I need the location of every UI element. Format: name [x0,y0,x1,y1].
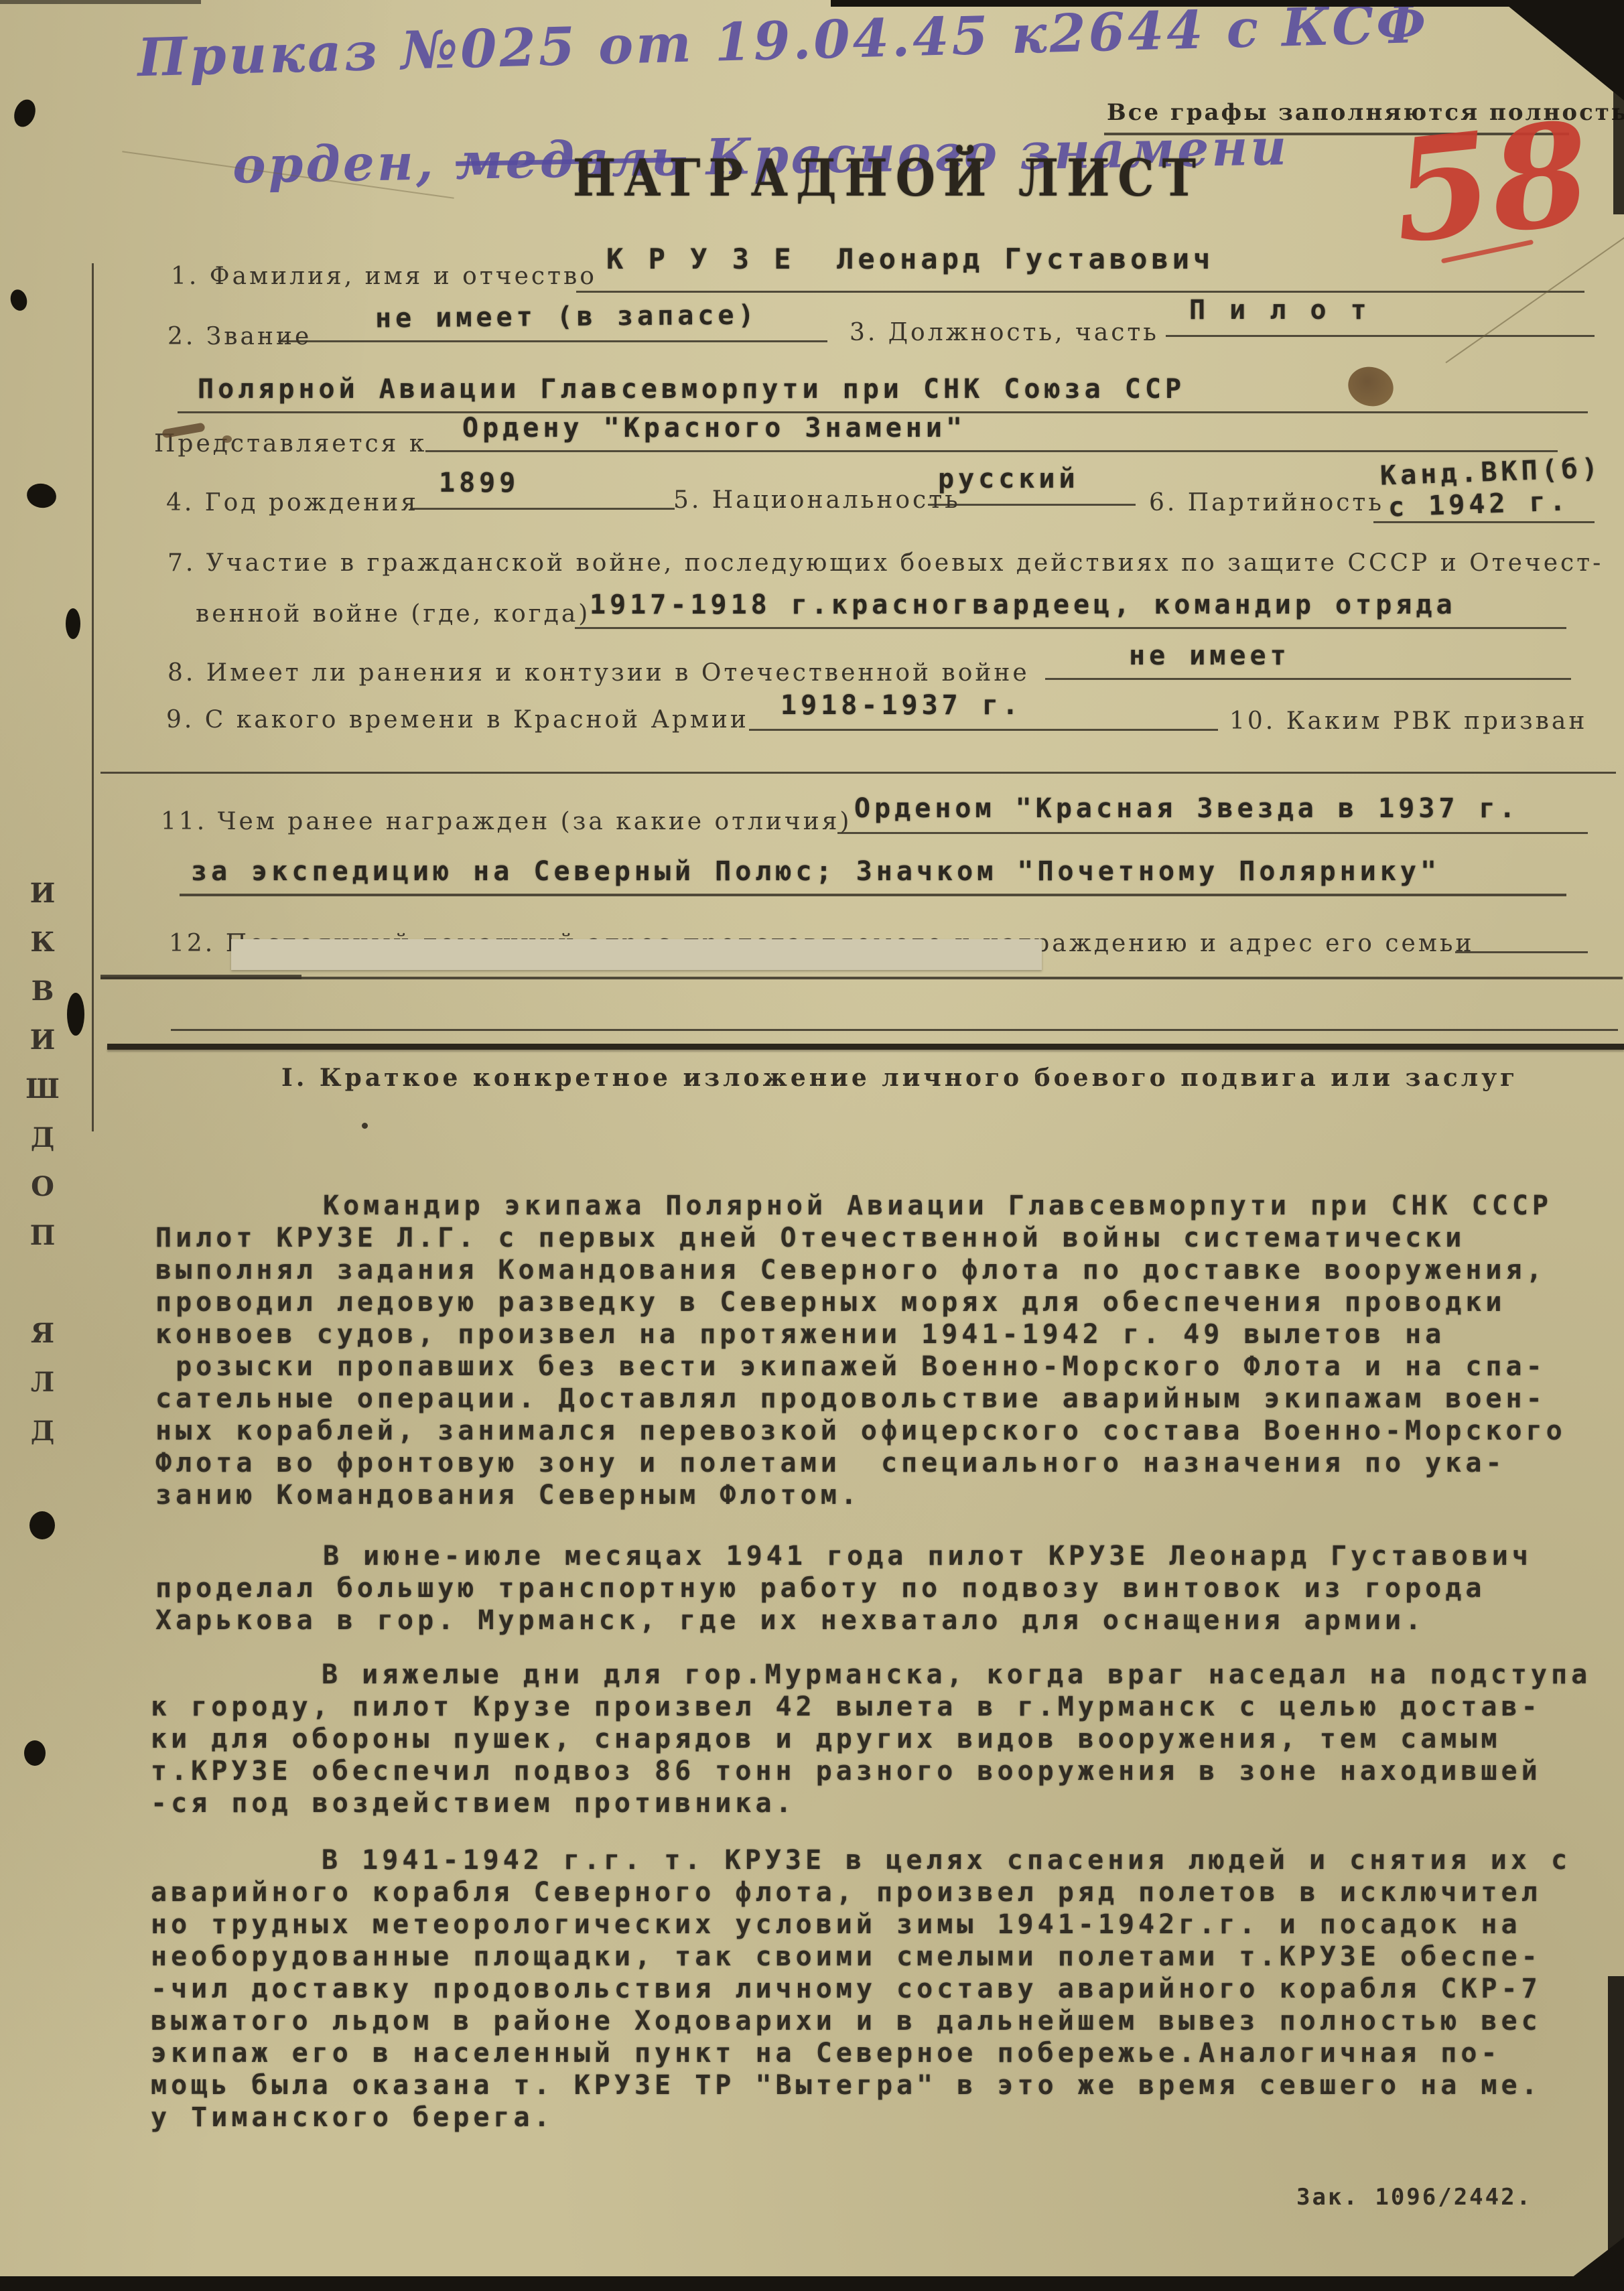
punch-hole [25,481,58,510]
field-value-wounds: не имеет [1129,640,1290,671]
field-value-prev-awards-line1: Орденом "Красная Звезда в 1937 г. [854,793,1519,824]
stain [1344,362,1398,411]
form-rule [100,772,1616,774]
scan-edge-top-left [0,0,201,4]
field-value-prev-awards-line2: за экспедицию на Северный Полюс; Значком… [191,856,1440,887]
form-rule [180,894,1566,896]
field-label-civil-war-line1: 7. Участие в гражданской войне, последую… [167,549,1603,577]
form-rule [100,977,1623,979]
vertical-filing-text: ИКВИШДОП ЯЛД [27,878,58,1494]
redaction-band [231,939,1042,970]
punch-hole [66,608,80,639]
body-paragraph-4: В 1941-1942 г.г. т. КРУЗЕ в целях спасен… [151,1844,1624,2134]
punch-hole [29,1511,55,1539]
punch-hole [24,1740,46,1766]
field-value-nationality: русский [938,464,1079,494]
form-rule [278,340,827,342]
field-value-name: К Р У З Е Леонард Густавович [606,242,1214,275]
body-paragraph-3: В ияжелые дни для гор.Мурманска, когда в… [151,1659,1624,1819]
section-divider [107,1044,1624,1050]
scan-edge-right-top [1613,0,1624,214]
field-label-presented: Представляется к [154,430,427,458]
handwritten-award-pre: орден, [232,133,456,195]
field-value-unit: Полярной Авиации Главсевморпути при СНК … [198,374,1185,405]
field-label-party: 6. Партийность [1149,489,1384,516]
scanned-award-document: Приказ №025 от 19.04.45 к2644 с КСФ орде… [0,0,1624,2291]
form-rule [749,729,1218,731]
form-rule [575,627,1566,629]
field-value-red-army-since: 1918-1937 г. [781,690,1022,721]
body-paragraph-1: Командир экипажа Полярной Авиации Главсе… [155,1190,1624,1511]
stain [222,435,232,443]
form-rule [928,504,1136,506]
field-label-civil-war-line2: венной войне (где, когда) [196,600,590,628]
form-rule [1045,678,1571,680]
form-left-border [92,263,94,1131]
punch-hole [8,287,29,312]
field-label-name: 1. Фамилия, имя и отчество [171,263,597,290]
field-label-red-army-since: 9. С какого времени в Красной Армии [166,706,749,734]
form-rule [576,291,1584,293]
form-rule [1373,521,1595,523]
form-rule [100,975,301,979]
scan-edge-bottom [0,2276,1624,2291]
field-value-position: П и л о т [1189,295,1371,326]
form-rule [425,450,1558,452]
doc-title: НАГРАДНОЙ ЛИСТ [573,148,1149,208]
stain [362,1123,368,1129]
field-label-rvk: 10. Каким РВК призван [1229,707,1587,735]
form-rule [1455,951,1588,953]
form-rule [1166,335,1595,337]
body-paragraph-2: В июне-июле месяцах 1941 года пилот КРУЗ… [155,1540,1624,1637]
form-rule [410,508,675,510]
print-code: Зак. 1096/2442. [1296,2184,1532,2211]
field-label-rank: 2. Звание [167,323,312,350]
section-heading: I. Краткое конкретное изложение личного … [281,1064,1407,1092]
field-value-birth-year: 1899 [439,468,519,498]
field-label-birth-year: 4. Год рождения [166,489,419,516]
field-label-nationality: 5. Национальность [673,486,961,514]
page-number-stamp: 58 [1387,102,1597,263]
punch-hole [67,993,84,1036]
punch-hole [11,96,40,130]
field-value-party-line2: с 1942 г. [1388,486,1570,523]
form-rule [171,1029,1618,1031]
scan-edge-top-right-corner [1501,0,1624,100]
field-value-civil-war: 1917-1918 г.красногвардеец, командир отр… [590,589,1457,620]
field-label-prev-awards: 11. Чем ранее награжден (за какие отличи… [161,808,852,835]
field-label-position: 3. Должность, часть [850,319,1159,346]
form-rule [837,832,1588,834]
field-value-rank: не имеет (в запасе) [375,300,758,334]
field-value-presented: Ордену "Красного Знамени" [462,413,966,443]
field-label-wounds: 8. Имеет ли ранения и контузии в Отечест… [167,659,1030,687]
